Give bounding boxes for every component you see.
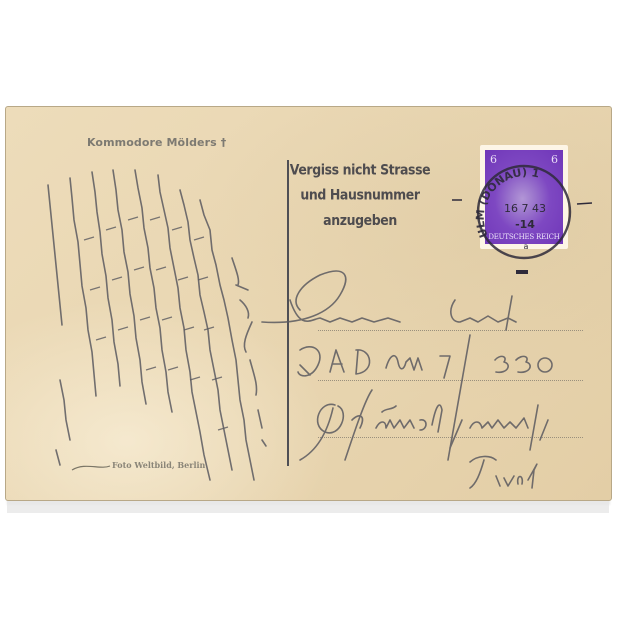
postmark-time: -14 [515, 218, 535, 231]
photo-caption: Kommodore Mölders † [87, 136, 226, 149]
address-line-1 [318, 330, 583, 331]
slogan-line-1: Vergiss nicht Strasse [280, 157, 440, 182]
slogan-line-3: anzugeben [280, 208, 440, 233]
card-shadow [7, 499, 609, 513]
postmark-cancel: ULM (DONAU) 1 16 7 43 -14 a [452, 140, 592, 275]
publisher-credit: Foto Weltbild, Berlin [112, 460, 205, 470]
address-line-2 [318, 380, 583, 381]
slogan-line-2: und Hausnummer [280, 182, 440, 207]
slogan-cancel: Vergiss nicht Strasse und Hausnummer anz… [280, 157, 440, 233]
address-line-3 [318, 437, 583, 438]
postmark-code: a [524, 242, 529, 251]
postmark-date: 16 7 43 [504, 202, 546, 215]
